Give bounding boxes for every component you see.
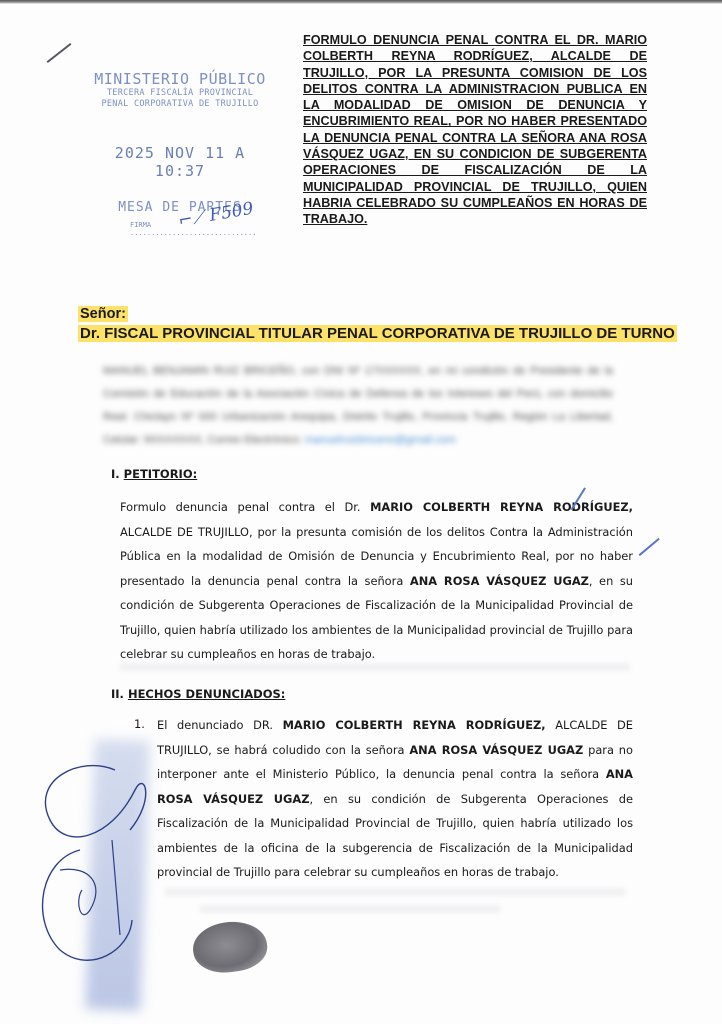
hechos-item-1: El denunciado DR. MARIO COLBERTH REYNA R… bbox=[157, 713, 633, 885]
scan-edge bbox=[0, 0, 722, 4]
fingerprint bbox=[190, 917, 270, 977]
redacted-email: manuelruizbriceno@gmail.com bbox=[305, 434, 456, 446]
pen-mark bbox=[47, 43, 72, 63]
stamp-office-line1: TERCERA FISCALÍA PROVINCIAL bbox=[90, 88, 270, 99]
list-item-number: 1. bbox=[134, 717, 145, 731]
document-subject: FORMULO DENUNCIA PENAL CONTRA EL DR. MAR… bbox=[303, 32, 647, 228]
petitorio-paragraph: Formulo denuncia penal contra el Dr. MAR… bbox=[120, 495, 633, 667]
redacted-intro: MANUEL BENJAMIN RUIZ BRICEÑO, con DNI Nº… bbox=[103, 360, 613, 452]
salutation: Señor: bbox=[78, 306, 128, 322]
addressee: Señor: Dr. FISCAL PROVINCIAL TITULAR PEN… bbox=[78, 305, 677, 343]
stamp-datetime: 2025 NOV 11 A 10:37 bbox=[90, 144, 270, 180]
stamp-office-line2: PENAL CORPORATIVA DE TRUJILLO bbox=[90, 99, 270, 110]
bleed-through-text bbox=[165, 888, 625, 896]
section-heading-hechos: II. HECHOS DENUNCIADOS: bbox=[111, 687, 285, 701]
stamp-institution: MINISTERIO PÚBLICO bbox=[90, 70, 270, 88]
bleed-through-text bbox=[200, 905, 500, 913]
bleed-through-text bbox=[120, 663, 630, 671]
check-mark bbox=[639, 538, 660, 556]
addressee-title: Dr. FISCAL PROVINCIAL TITULAR PENAL CORP… bbox=[78, 325, 677, 342]
reception-stamp: MINISTERIO PÚBLICO TERCERA FISCALÍA PROV… bbox=[90, 70, 270, 237]
signature bbox=[20, 760, 150, 980]
section-heading-petitorio: I. PETITORIO: bbox=[111, 467, 197, 481]
